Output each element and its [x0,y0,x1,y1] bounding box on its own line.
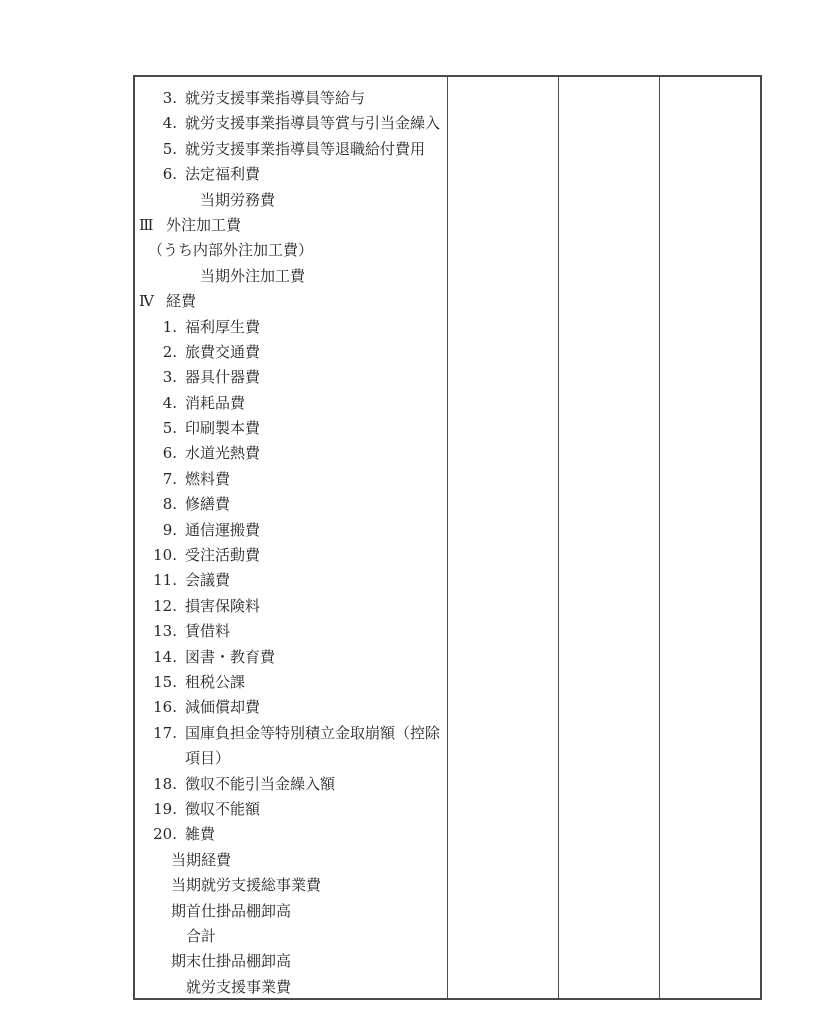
table-row: 10.受注活動費 [135,543,447,568]
row-number: 4. [135,391,177,416]
table-row: 3.就労支援事業指導員等給与 [135,86,447,111]
table-row: 1.福利厚生費 [135,315,447,340]
row-label: 徴収不能引当金繰入額 [185,775,335,793]
row-label: 減価償却費 [185,698,260,716]
table-row: 期末仕掛品棚卸高 [135,949,447,974]
row-number: 14. [135,645,177,670]
row-label: 印刷製本費 [185,419,260,437]
row-label: 消耗品費 [185,394,245,412]
row-label: 雑費 [185,825,215,843]
row-number: 5. [135,416,177,441]
row-label: 通信運搬費 [185,521,260,539]
table-row: 6.水道光熱費 [135,441,447,466]
row-number: 6. [135,162,177,187]
row-label: 外注加工費 [166,216,241,234]
table-row: 15.租税公課 [135,670,447,695]
table-row: 6.法定福利費 [135,162,447,187]
table-row: 当期外注加工費 [135,264,447,289]
row-label: 期末仕掛品棚卸高 [171,952,291,970]
row-label: 就労支援事業指導員等賞与引当金繰入 [185,114,440,132]
row-label: 当期労務費 [200,191,275,209]
expense-statement-table: 3.就労支援事業指導員等給与4.就労支援事業指導員等賞与引当金繰入5.就労支援事… [133,75,762,1000]
table-row: 項目） [135,746,447,771]
row-label: 図書・教育費 [185,648,275,666]
row-number: 3. [135,365,177,390]
row-label: 旅費交通費 [185,343,260,361]
document-page: 3.就労支援事業指導員等給与4.就労支援事業指導員等賞与引当金繰入5.就労支援事… [0,0,838,1024]
row-number: 4. [135,111,177,136]
row-label: 会議費 [185,571,230,589]
table-row: 18.徴収不能引当金繰入額 [135,772,447,797]
row-label: 徴収不能額 [185,800,260,818]
row-number: 17. [135,721,177,746]
row-number: 20. [135,822,177,847]
row-label: 国庫負担金等特別積立金取崩額（控除 [185,724,440,742]
table-row: 11.会議費 [135,568,447,593]
row-number: 10. [135,543,177,568]
section-numeral: Ⅳ [139,289,157,314]
row-label: 就労支援事業費 [186,978,291,996]
table-row: 当期就労支援総事業費 [135,873,447,898]
table-row: Ⅲ外注加工費 [135,213,447,238]
table-row: 合計 [135,924,447,949]
table-row: （うち内部外注加工費） [135,238,447,263]
row-number: 11. [135,568,177,593]
table-row: 8.修繕費 [135,492,447,517]
row-number: 13. [135,619,177,644]
table-row: 12.損害保険料 [135,594,447,619]
table-row: 17.国庫負担金等特別積立金取崩額（控除 [135,721,447,746]
row-number: 7. [135,467,177,492]
table-row: 就労支援事業費 [135,975,447,998]
row-label: 賃借料 [185,622,230,640]
table-row: 19.徴収不能額 [135,797,447,822]
row-label: 法定福利費 [185,165,260,183]
table-row: 14.図書・教育費 [135,645,447,670]
row-label: 就労支援事業指導員等退職給付費用 [185,140,425,158]
table-row: 4.就労支援事業指導員等賞与引当金繰入 [135,111,447,136]
row-label: 器具什器費 [185,368,260,386]
table-row: 13.賃借料 [135,619,447,644]
row-label: 修繕費 [185,495,230,513]
table-row: Ⅳ経費 [135,289,447,314]
table-row: 当期経費 [135,848,447,873]
row-label: 経費 [166,292,196,310]
table-row: 16.減価償却費 [135,695,447,720]
row-number: 15. [135,670,177,695]
row-label: 燃料費 [185,470,230,488]
row-number: 19. [135,797,177,822]
row-label: 当期経費 [171,851,231,869]
row-number: 5. [135,137,177,162]
table-row: 7.燃料費 [135,467,447,492]
row-number: 12. [135,594,177,619]
row-label: （うち内部外注加工費） [148,241,313,259]
row-label: 受注活動費 [185,546,260,564]
row-label: 当期外注加工費 [200,267,305,285]
table-row: 期首仕掛品棚卸高 [135,899,447,924]
section-numeral: Ⅲ [139,213,157,238]
row-label: 項目） [185,749,230,767]
table-row: 9.通信運搬費 [135,518,447,543]
row-number: 9. [135,518,177,543]
item-name-column: 3.就労支援事業指導員等給与4.就労支援事業指導員等賞与引当金繰入5.就労支援事… [135,77,447,998]
amount-column-2 [558,77,659,998]
row-label: 租税公課 [185,673,245,691]
table-row: 5.就労支援事業指導員等退職給付費用 [135,137,447,162]
row-number: 3. [135,86,177,111]
amount-column-1 [447,77,558,998]
row-number: 2. [135,340,177,365]
row-number: 18. [135,772,177,797]
row-label: 水道光熱費 [185,444,260,462]
row-label: 就労支援事業指導員等給与 [185,89,365,107]
row-label: 当期就労支援総事業費 [171,876,321,894]
amount-column-3 [659,77,760,998]
row-number: 1. [135,315,177,340]
table-row: 5.印刷製本費 [135,416,447,441]
table-row: 4.消耗品費 [135,391,447,416]
row-label: 合計 [186,927,216,945]
table-row: 2.旅費交通費 [135,340,447,365]
row-number: 6. [135,441,177,466]
row-number: 8. [135,492,177,517]
row-label: 期首仕掛品棚卸高 [171,902,291,920]
row-number: 16. [135,695,177,720]
table-row: 20.雑費 [135,822,447,847]
row-label: 福利厚生費 [185,318,260,336]
table-row: 3.器具什器費 [135,365,447,390]
row-label: 損害保険料 [185,597,260,615]
table-row: 当期労務費 [135,188,447,213]
